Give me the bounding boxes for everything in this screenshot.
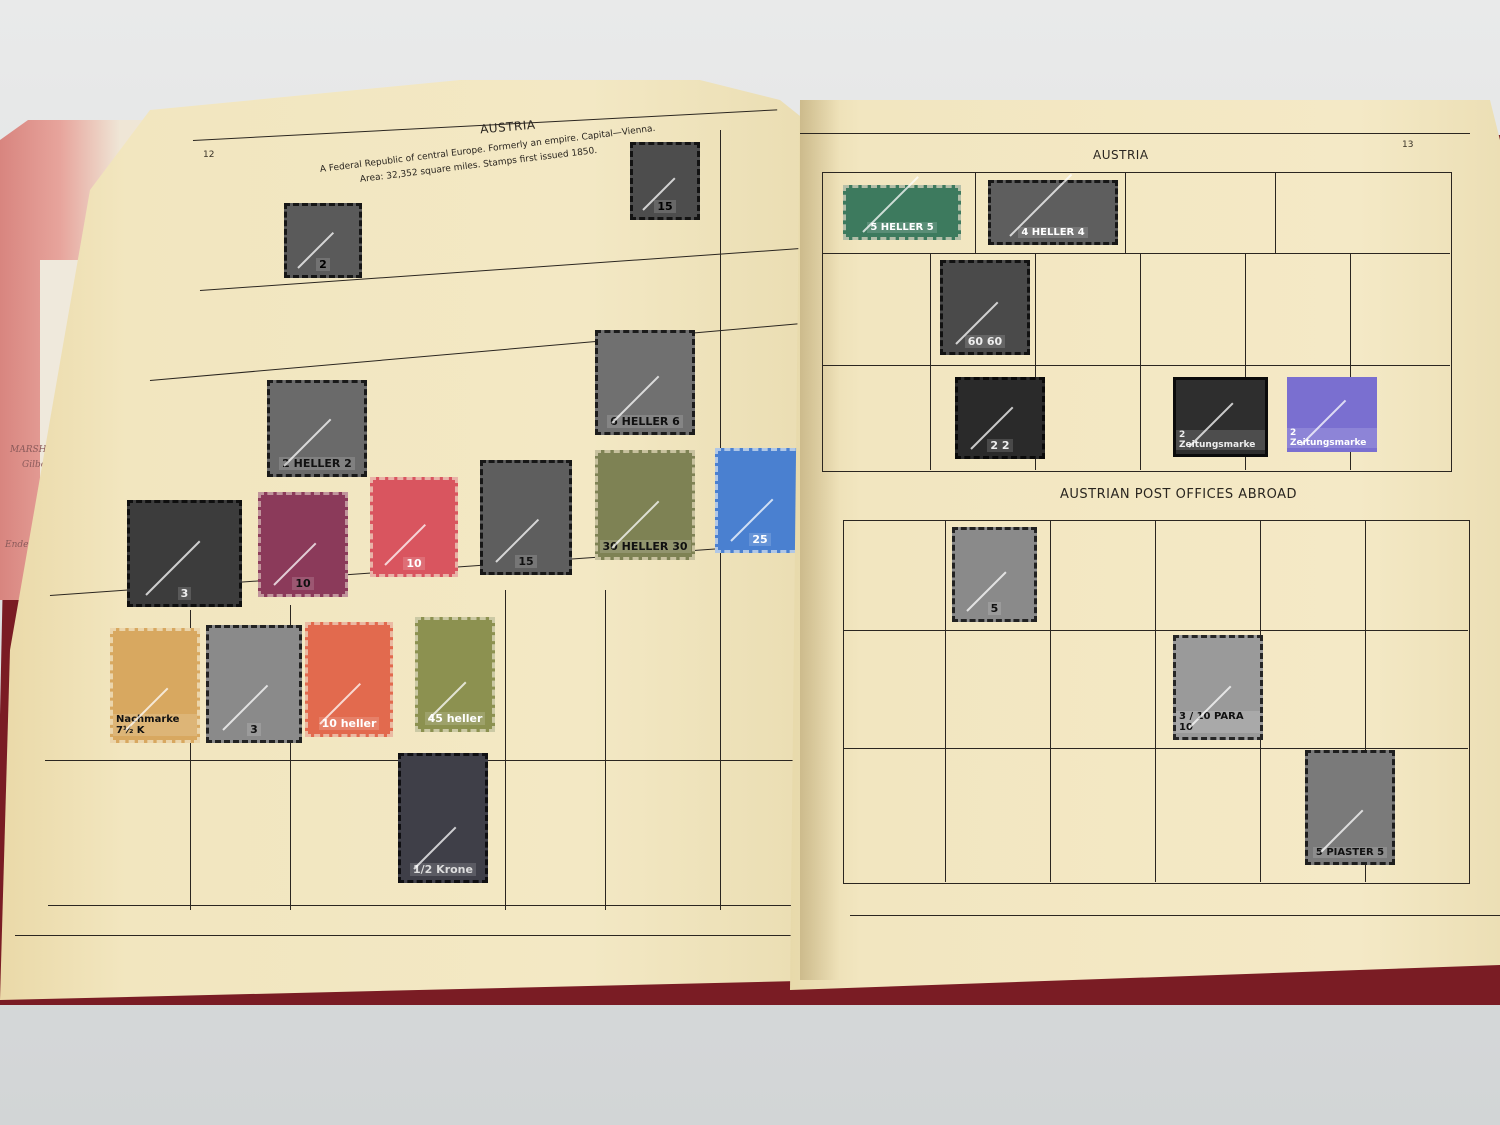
grid-line [930,253,931,470]
stamp-value: 60 60 [965,335,1005,348]
stamp-value: 5 HELLER 5 [867,222,936,233]
stamp: 15 [630,142,700,220]
stamp-value: 2 Zeitungsmarke [1176,430,1265,450]
grid-line [605,590,607,910]
stamp: 15 [480,460,572,575]
stamp: 60 60 [940,260,1030,355]
grid-line [1050,520,1051,882]
stamp-value: 10 [403,557,424,570]
grid-line [1140,253,1141,470]
stamp: 30 HELLER 30 [595,450,695,560]
stamp-value: 2 [316,258,330,271]
grid-line [505,590,507,910]
stamp-value: 10 [292,577,313,590]
stamp: 10 [258,492,348,597]
stamp-value: 5 PIASTER 5 [1313,847,1387,858]
grid-line [822,253,1450,254]
stamp-value: 6 HELLER 6 [607,415,683,428]
stamp: 5 HELLER 5 [843,185,961,240]
stamp-value: 4 HELLER 4 [1018,227,1087,238]
grid-line [1275,172,1276,253]
page-border [850,915,1500,916]
stamp-value: 3 [247,723,261,736]
grid-line [945,520,946,882]
stamp-value: 3 [178,587,192,600]
stamp: 4 HELLER 4 [988,180,1118,245]
grid-line [1155,520,1156,882]
stamp: 5 [952,527,1037,622]
stamp: 2 Zeitungsmarke [1173,377,1268,457]
stamp: 2 HELLER 2 [267,380,367,477]
stamp: 3 / 10 PARA 10 [1173,635,1263,740]
stamp-value: 10 heller [319,717,380,730]
stamp: 2 [284,203,362,278]
stamp: 1/2 Krone [398,753,488,883]
stamp-value: Nachmarke 7½ K [113,714,197,736]
stamp: 3 [206,625,302,743]
stamp: Nachmarke 7½ K [110,628,200,743]
grid-line [822,365,1450,366]
section-title-post-offices-abroad: AUSTRIAN POST OFFICES ABROAD [1060,487,1297,502]
stamp-value: 30 HELLER 30 [600,540,691,553]
right-page-number: 13 [1402,140,1413,150]
stamp: 10 [370,477,458,577]
page-border [800,133,1470,134]
stamp-value: 15 [515,555,536,568]
stamp-value: 45 heller [425,712,486,725]
stamp-value: 1/2 Krone [410,863,476,876]
grid-line [975,172,976,253]
stamp-value: 25 [749,533,770,546]
page-border [15,935,840,937]
stamp-value: 2 Zeitungsmarke [1287,428,1377,448]
stamp: 10 heller [305,622,393,737]
right-page-title: AUSTRIA [1093,148,1149,162]
stamp: 5 PIASTER 5 [1305,750,1395,865]
stamp: 45 heller [415,617,495,732]
stamp-value: 3 / 10 PARA 10 [1176,711,1260,733]
stamp-value: 15 [654,200,675,213]
stamp: 2 2 [955,377,1045,459]
stamp-value: 5 [988,602,1002,615]
left-page-number: 12 [203,150,214,160]
stamp-value: 2 2 [987,439,1012,452]
stamp: 6 HELLER 6 [595,330,695,435]
stamp: 3 [127,500,242,607]
stamp: 2 Zeitungsmarke [1287,377,1377,452]
stamp: 25 [715,448,805,553]
grid-line [1125,172,1126,253]
stamp-value: 2 HELLER 2 [279,457,355,470]
